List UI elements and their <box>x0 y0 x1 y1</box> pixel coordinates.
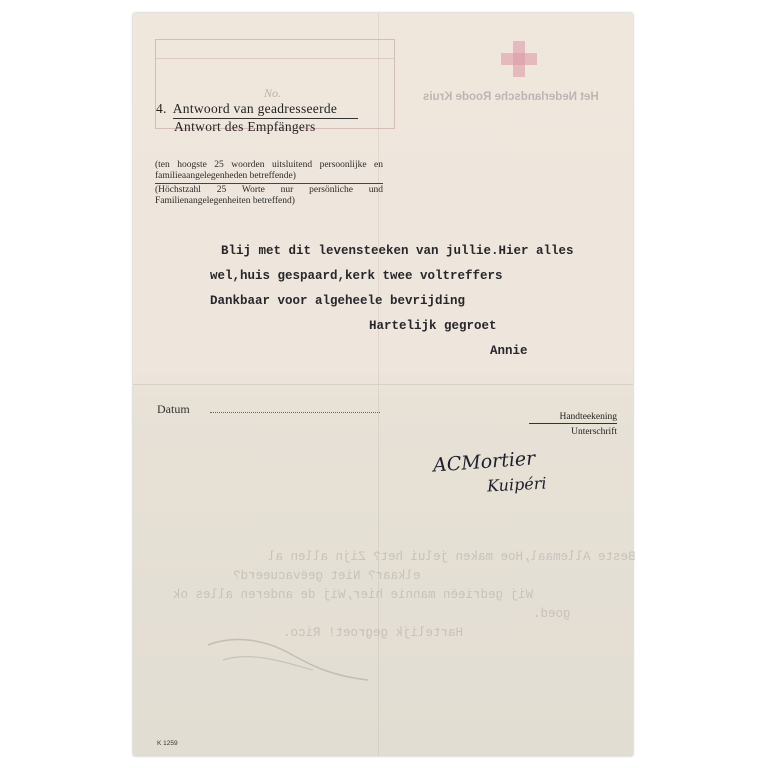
typed-message-line-2: wel,huis gespaard,kerk twee voltreffers <box>210 269 503 283</box>
bleed-through-line-3: Wij gedrieën mannie hier,Wij de anderen … <box>173 588 533 602</box>
handwritten-signature: ACMortier Kuipéri <box>429 445 609 505</box>
show-through-organization-name: Het Nederlandsche Roode Kruis <box>423 91 599 103</box>
bleed-through-line-2: elkaar? Niet geëvacueerd? <box>233 569 421 583</box>
typed-message-signoff: Annie <box>490 344 528 358</box>
red-cross-icon <box>501 41 537 77</box>
typed-message-line-4: Hartelijk gegroet <box>369 319 497 333</box>
section-title-de: Antwort des Empfängers <box>174 119 316 135</box>
section-heading-dutch: 4.Antwoord van geadresseerde <box>156 101 358 119</box>
signature-label-dutch: Handteekening <box>529 412 617 424</box>
signature-line-1: ACMortier <box>432 447 536 476</box>
section-title-nl: Antwoord van geadresseerde <box>173 101 358 119</box>
horizontal-fold-crease <box>133 384 633 386</box>
typed-message-line-3: Dankbaar voor algeheele bevrijding <box>210 294 465 308</box>
bleed-through-signature <box>203 635 373 685</box>
typed-message-line-1: Blij met dit levensteeken van jullie.Hie… <box>221 244 574 258</box>
bleed-through-line-4: goed. <box>533 607 571 621</box>
document-page: No. Het Nederlandsche Roode Kruis 4.Antw… <box>133 13 633 756</box>
stamp-box-rule <box>156 58 394 59</box>
instruction-note-dutch: (ten hoogste 25 woorden uitsluitend pers… <box>155 160 383 184</box>
bleed-through-line-1: Beste Allemaal,Hoe maken jelui het? Zijn… <box>268 550 636 564</box>
signature-line-2: Kuipéri <box>487 473 547 495</box>
section-number: 4. <box>156 101 167 116</box>
date-field-line <box>210 412 380 413</box>
signature-label-german: Unterschrift <box>529 427 617 437</box>
date-label: Datum <box>157 402 190 417</box>
stamp-number-label: No. <box>264 86 281 101</box>
instruction-note-german: (Höchstzahl 25 Worte nur persönliche und… <box>155 185 383 207</box>
form-code: K 1259 <box>157 740 178 747</box>
